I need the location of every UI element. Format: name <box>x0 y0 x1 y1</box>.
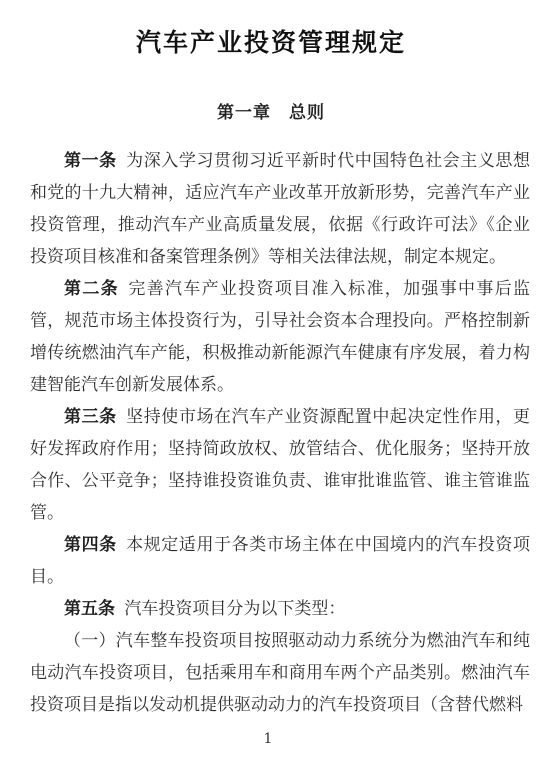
article-paragraph-5: 第五条汽车投资项目分为以下类型： <box>30 593 530 625</box>
article-5-text: 汽车投资项目分为以下类型： <box>124 599 345 619</box>
chapter-heading: 第一章 总则 <box>0 102 542 124</box>
article-paragraph-1: 第一条为深入学习贯彻习近平新时代中国特色社会主义思想和党的十九大精神，适应汽车产… <box>30 145 530 273</box>
article-2-label: 第二条 <box>64 279 119 299</box>
article-3-label: 第三条 <box>64 407 117 427</box>
document-title: 汽车产业投资管理规定 <box>0 28 542 58</box>
page-number: 1 <box>0 730 536 748</box>
document-body: 第一条为深入学习贯彻习近平新时代中国特色社会主义思想和党的十九大精神，适应汽车产… <box>0 145 542 721</box>
article-4-label: 第四条 <box>64 535 117 555</box>
article-paragraph-4: 第四条本规定适用于各类市场主体在中国境内的汽车投资项目。 <box>30 529 530 593</box>
article-paragraph-3: 第三条坚持使市场在汽车产业资源配置中起决定性作用，更好发挥政府作用；坚持简政放权… <box>30 401 530 529</box>
article-paragraph-2: 第二条完善汽车产业投资项目准入标准，加强事中事后监管，规范市场主体投资行为，引导… <box>30 273 530 401</box>
article-paragraph-6-item-1: （一）汽车整车投资项目按照驱动动力系统分为燃油汽车和纯电动汽车投资项目，包括乘用… <box>30 625 530 721</box>
article-5-label: 第五条 <box>64 599 115 619</box>
document-page: 汽车产业投资管理规定 第一章 总则 第一条为深入学习贯彻习近平新时代中国特色社会… <box>0 0 542 758</box>
article-6-text: （一）汽车整车投资项目按照驱动动力系统分为燃油汽车和纯电动汽车投资项目，包括乘用… <box>30 631 530 715</box>
article-1-label: 第一条 <box>64 151 117 171</box>
